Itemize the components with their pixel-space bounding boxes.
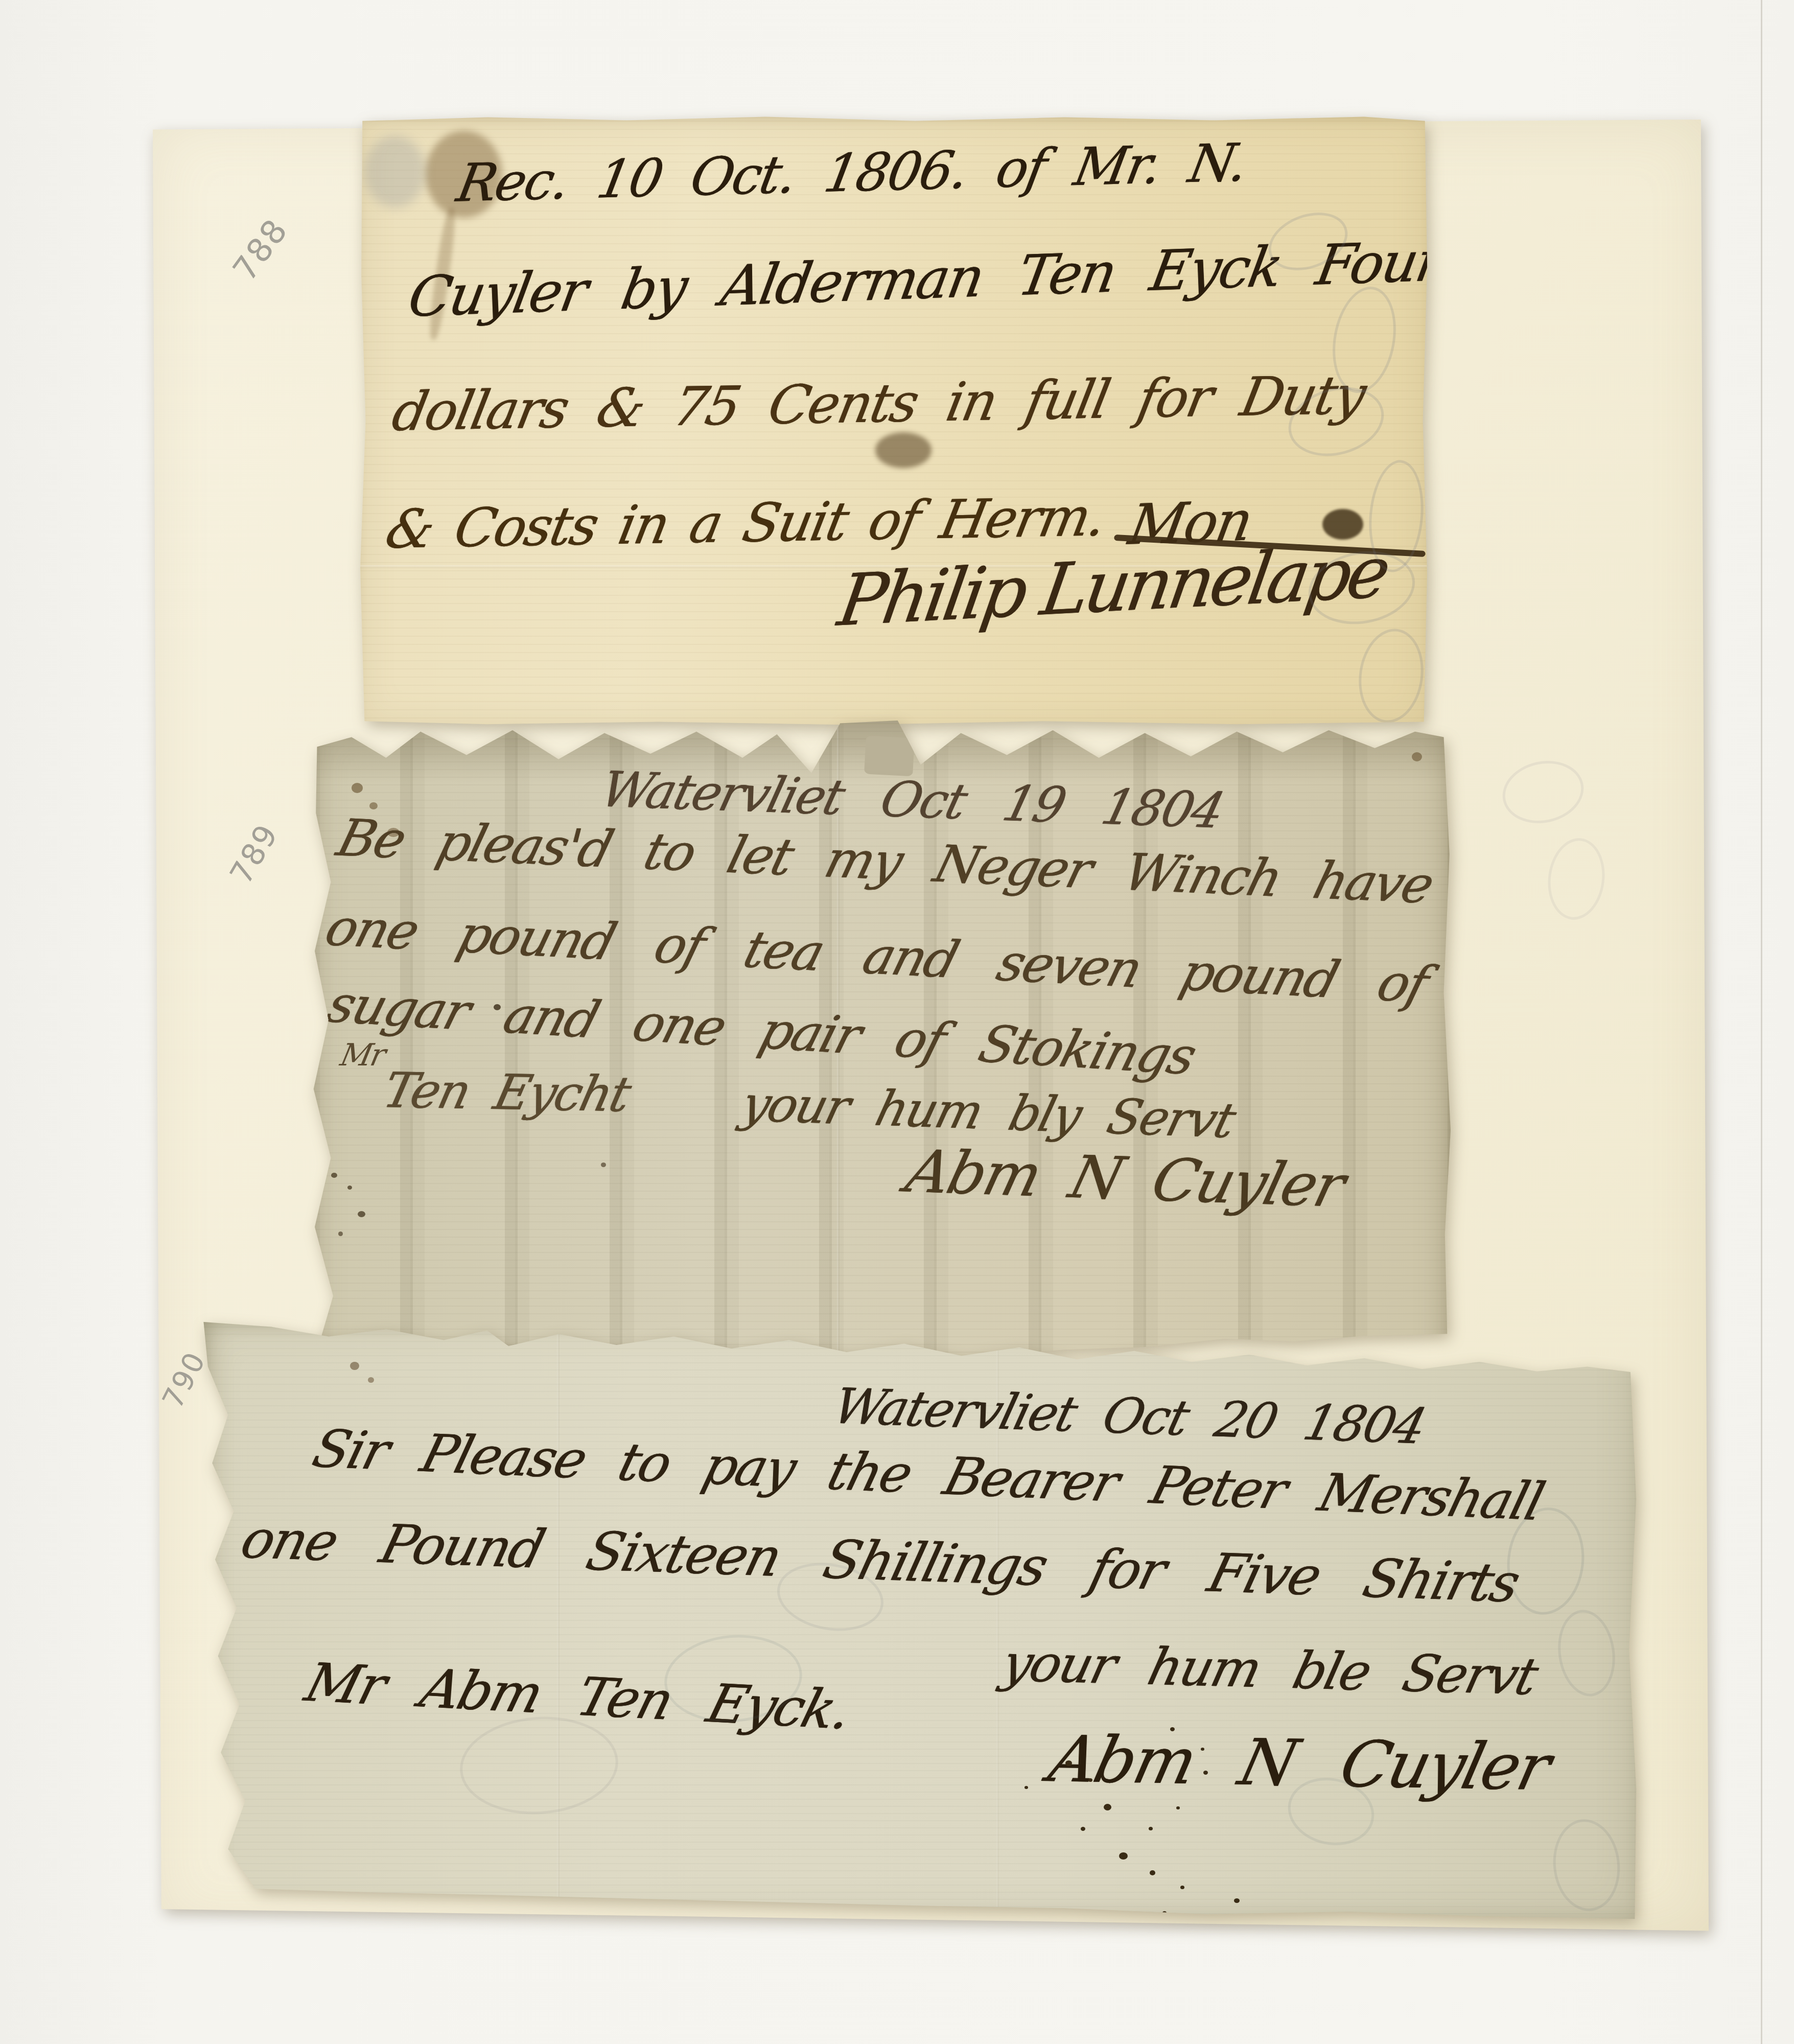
ink-dot bbox=[494, 1004, 501, 1010]
ink-spatter bbox=[1170, 1727, 1175, 1731]
speck bbox=[350, 1362, 359, 1370]
speck bbox=[1412, 752, 1422, 761]
gray-smudge bbox=[364, 136, 426, 207]
ink-smudge bbox=[875, 432, 931, 468]
ink-spatter bbox=[1203, 1771, 1208, 1775]
receipt-788-line-4: & Costs in a Suit of Herm. bbox=[381, 485, 1110, 561]
scanned-page: Rec. 10 Oct. 1806. of Mr. N. Cuyler by A… bbox=[0, 0, 1794, 2044]
order-790: Watervliet Oct 20 1804 Sir Please to pay… bbox=[199, 1318, 1638, 1921]
speck bbox=[368, 1377, 374, 1383]
ink-dot bbox=[601, 1163, 606, 1167]
receipt-788-line-3: dollars & 75 Cents in full for Duty bbox=[387, 363, 1370, 443]
order-789-closing: your hum bly Servt bbox=[736, 1076, 1240, 1149]
order-790-paper: Watervliet Oct 20 1804 Sir Please to pay… bbox=[199, 1318, 1638, 1921]
ink-spatter bbox=[1162, 1911, 1167, 1915]
ink-spatter bbox=[1088, 1778, 1092, 1782]
ink-dot bbox=[347, 1186, 352, 1190]
speck bbox=[369, 802, 378, 809]
ink-spatter bbox=[1150, 1870, 1155, 1875]
order-789: Watervliet Oct 19 1804 Be pleas'd to let… bbox=[306, 716, 1455, 1406]
ink-spatter bbox=[1201, 1748, 1204, 1751]
pencil-ghost-mark bbox=[1353, 624, 1430, 727]
ink-spatter bbox=[1234, 1898, 1240, 1903]
order-789-addressee: Ten Eycht bbox=[378, 1062, 635, 1123]
ink-spatter bbox=[1176, 1806, 1180, 1809]
ink-spatter bbox=[1065, 1760, 1072, 1766]
order-789-signature: Abm N Cuyler bbox=[899, 1137, 1350, 1221]
bleed-through-mark bbox=[1553, 1606, 1621, 1700]
order-790-place-date: Watervliet Oct 20 1804 bbox=[828, 1378, 1431, 1455]
ink-spatter bbox=[1119, 1852, 1128, 1860]
bleed-through-mark bbox=[1549, 1816, 1624, 1915]
order-789-paper: Watervliet Oct 19 1804 Be pleas'd to let… bbox=[306, 716, 1455, 1406]
ink-dot bbox=[331, 1173, 337, 1178]
receipt-788-line-1: Rec. 10 Oct. 1806. of Mr. N. bbox=[452, 132, 1251, 214]
order-790-closing: your hum ble Servt bbox=[996, 1633, 1543, 1707]
ink-spatter bbox=[1024, 1786, 1028, 1789]
ink-dot bbox=[358, 1211, 365, 1217]
order-789-addressee-prefix: Mr bbox=[337, 1037, 388, 1073]
ink-dot bbox=[338, 1232, 343, 1236]
ink-spatter bbox=[1104, 1804, 1111, 1810]
fold-crease bbox=[557, 1318, 560, 1921]
receipt-788: Rec. 10 Oct. 1806. of Mr. N. Cuyler by A… bbox=[359, 115, 1428, 727]
speck bbox=[352, 783, 363, 793]
ink-spatter bbox=[1081, 1827, 1085, 1831]
ink-spatter bbox=[1180, 1886, 1184, 1889]
receipt-788-paper: Rec. 10 Oct. 1806. of Mr. N. Cuyler by A… bbox=[359, 115, 1428, 727]
ink-spatter bbox=[1149, 1827, 1153, 1830]
scanner-bed-seam bbox=[1761, 0, 1762, 2044]
